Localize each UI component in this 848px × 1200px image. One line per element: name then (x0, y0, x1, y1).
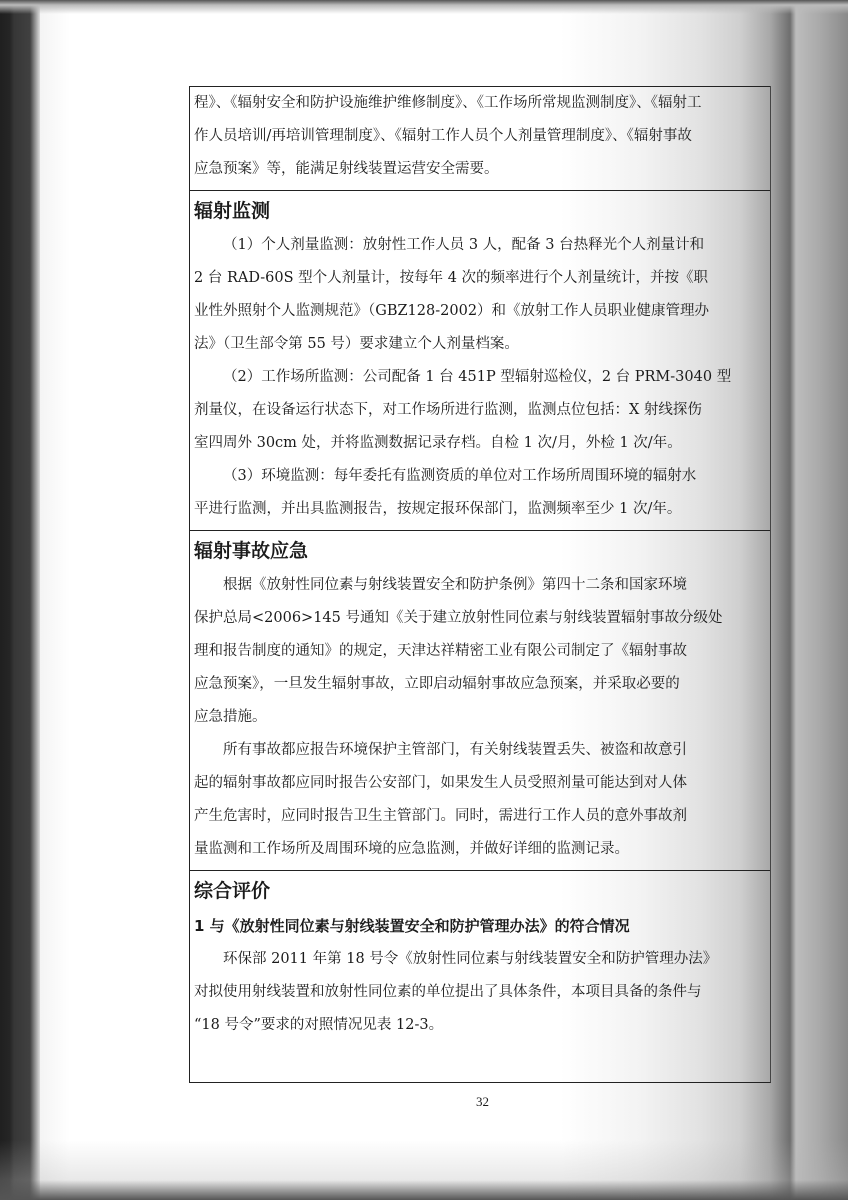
text-line: 根据《放射性同位素与射线装置安全和防护条例》第四十二条和国家环境 (190, 569, 770, 602)
blank-space (190, 1042, 770, 1078)
text-line: 作人员培训/再培训管理制度》、《辐射工作人员个人剂量管理制度》、《辐射事故 (190, 120, 770, 153)
text-line: 应急预案》等，能满足射线装置运营安全需要。 (190, 153, 770, 186)
section-radiation-monitoring: 辐射监测 （1）个人剂量监测：放射性工作人员 3 人，配备 3 台热释光个人剂量… (190, 190, 770, 530)
text-line: 对拟使用射线装置和放射性同位素的单位提出了具体条件，本项目具备的条件与 (190, 976, 770, 1009)
text-line: 量监测和工作场所及周围环境的应急监测，并做好详细的监测记录。 (190, 833, 770, 866)
text-line: 理和报告制度的通知》的规定，天津达祥精密工业有限公司制定了《辐射事故 (190, 635, 770, 668)
section-title: 辐射事故应急 (190, 533, 770, 569)
section-overall-evaluation: 综合评价 1 与《放射性同位素与射线装置安全和防护管理办法》的符合情况 环保部 … (190, 870, 770, 1082)
subsection-title: 1 与《放射性同位素与射线装置安全和防护管理办法》的符合情况 (190, 909, 770, 943)
report-table-frame: 程》、《辐射安全和防护设施维护维修制度》、《工作场所常规监测制度》、《辐射工 作… (189, 86, 771, 1083)
text-line: （1）个人剂量监测：放射性工作人员 3 人，配备 3 台热释光个人剂量计和 (190, 229, 770, 262)
text-line: 起的辐射事故都应同时报告公安部门，如果发生人员受照剂量可能达到对人体 (190, 767, 770, 800)
text-line: 环保部 2011 年第 18 号令《放射性同位素与射线装置安全和防护管理办法》 (190, 943, 770, 976)
text-line: 室四周外 30cm 处，并将监测数据记录存档。自检 1 次/月，外检 1 次/年… (190, 427, 770, 460)
text-line: 保护总局<2006>145 号通知《关于建立放射性同位素与射线装置辐射事故分级处 (190, 602, 770, 635)
text-line: 法》（卫生部令第 55 号）要求建立个人剂量档案。 (190, 328, 770, 361)
text-line: （3）环境监测：每年委托有监测资质的单位对工作场所周围环境的辐射水 (190, 460, 770, 493)
text-line: （2）工作场所监测：公司配备 1 台 451P 型辐射巡检仪，2 台 PRM-3… (190, 361, 770, 394)
book-binding-edge (0, 0, 40, 1200)
text-line: 平进行监测，并出具监测报告，按规定报环保部门，监测频率至少 1 次/年。 (190, 493, 770, 526)
text-line: 剂量仪，在设备运行状态下，对工作场所进行监测，监测点位包括：X 射线探伤 (190, 394, 770, 427)
top-shadow (0, 0, 848, 14)
text-line: 2 台 RAD-60S 型个人剂量计，按每年 4 次的频率进行个人剂量统计，并按… (190, 262, 770, 295)
text-line: 程》、《辐射安全和防护设施维护维修制度》、《工作场所常规监测制度》、《辐射工 (190, 87, 770, 120)
section-continuation: 程》、《辐射安全和防护设施维护维修制度》、《工作场所常规监测制度》、《辐射工 作… (190, 86, 770, 190)
text-line: 应急措施。 (190, 701, 770, 734)
text-line: “18 号令”要求的对照情况见表 12-3。 (190, 1009, 770, 1042)
bottom-shadow (0, 1140, 848, 1200)
page-number: 32 (476, 1094, 489, 1110)
section-title: 综合评价 (190, 873, 770, 909)
section-title: 辐射监测 (190, 193, 770, 229)
text-line: 应急预案》，一旦发生辐射事故，立即启动辐射事故应急预案，并采取必要的 (190, 668, 770, 701)
text-line: 产生危害时，应同时报告卫生主管部门。同时，需进行工作人员的意外事故剂 (190, 800, 770, 833)
section-accident-emergency: 辐射事故应急 根据《放射性同位素与射线装置安全和防护条例》第四十二条和国家环境 … (190, 530, 770, 870)
text-line: 业性外照射个人监测规范》（GBZ128-2002）和《放射工作人员职业健康管理办 (190, 295, 770, 328)
text-line: 所有事故都应报告环境保护主管部门，有关射线装置丢失、被盗和故意引 (190, 734, 770, 767)
